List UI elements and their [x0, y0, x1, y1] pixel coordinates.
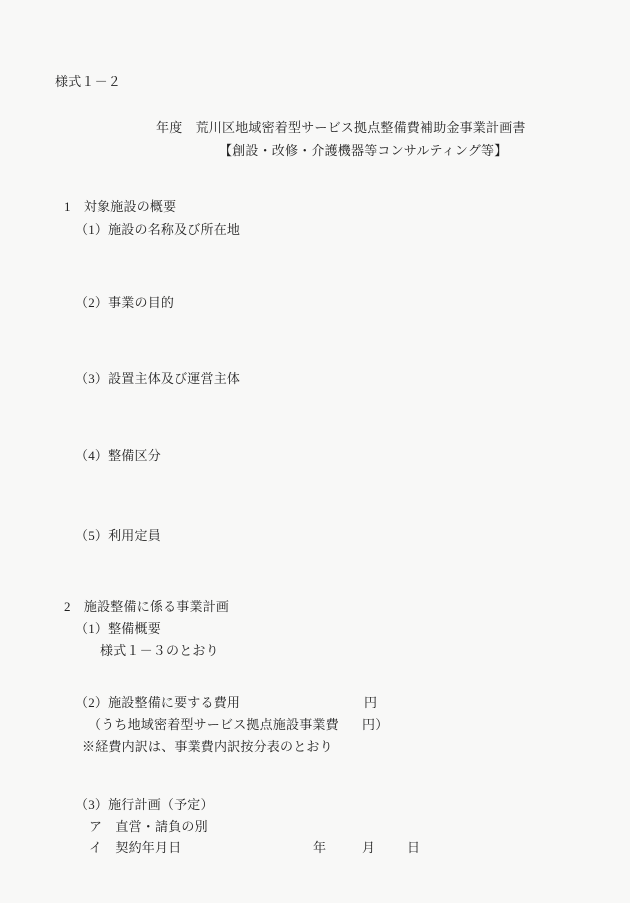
section1-item4-label: （4）整備区分	[75, 448, 161, 463]
section1-heading: 1 対象施設の概要	[64, 199, 176, 214]
form-code: 様式１－２	[55, 74, 121, 89]
document-subtitle: 【創設・改修・介護機器等コンサルティング等】	[219, 143, 507, 158]
section2-item2-note: ※経費内訳は、事業費内訳按分表のとおり	[82, 739, 333, 754]
section2-item2-label: （2）施設整備に要する費用	[75, 695, 240, 710]
date-year-label: 年	[313, 840, 326, 855]
section2-item3-label: （3）施行計画（予定）	[75, 797, 214, 812]
section1-item2-label: （2）事業の目的	[75, 295, 174, 310]
date-day-label: 日	[407, 840, 420, 855]
section2-item3-a-label: ア 直営・請負の別	[89, 819, 208, 834]
section2-item2-unit-label: 円	[364, 695, 377, 710]
document-title: 年度 荒川区地域密着型サービス拠点整備費補助金事業計画書	[156, 120, 526, 135]
section1-item1-label: （1）施設の名称及び所在地	[75, 222, 240, 237]
section2-item2-sub-unit-label: 円）	[362, 717, 388, 732]
section2-item2-sub-label: （うち地域密着型サービス拠点施設事業費	[88, 717, 339, 732]
section1-item3-label: （3）設置主体及び運営主体	[75, 371, 240, 386]
section2-item3-b-label: イ 契約年月日	[89, 840, 181, 855]
section2-item1-label: （1）整備概要	[75, 621, 161, 636]
section2-heading: 2 施設整備に係る事業計画	[64, 599, 229, 614]
date-month-label: 月	[362, 840, 375, 855]
section1-item5-label: （5）利用定員	[75, 528, 161, 543]
section2-item1-note: 様式１－３のとおり	[100, 643, 219, 658]
document-page: 様式１－２ 年度 荒川区地域密着型サービス拠点整備費補助金事業計画書 【創設・改…	[0, 0, 630, 903]
